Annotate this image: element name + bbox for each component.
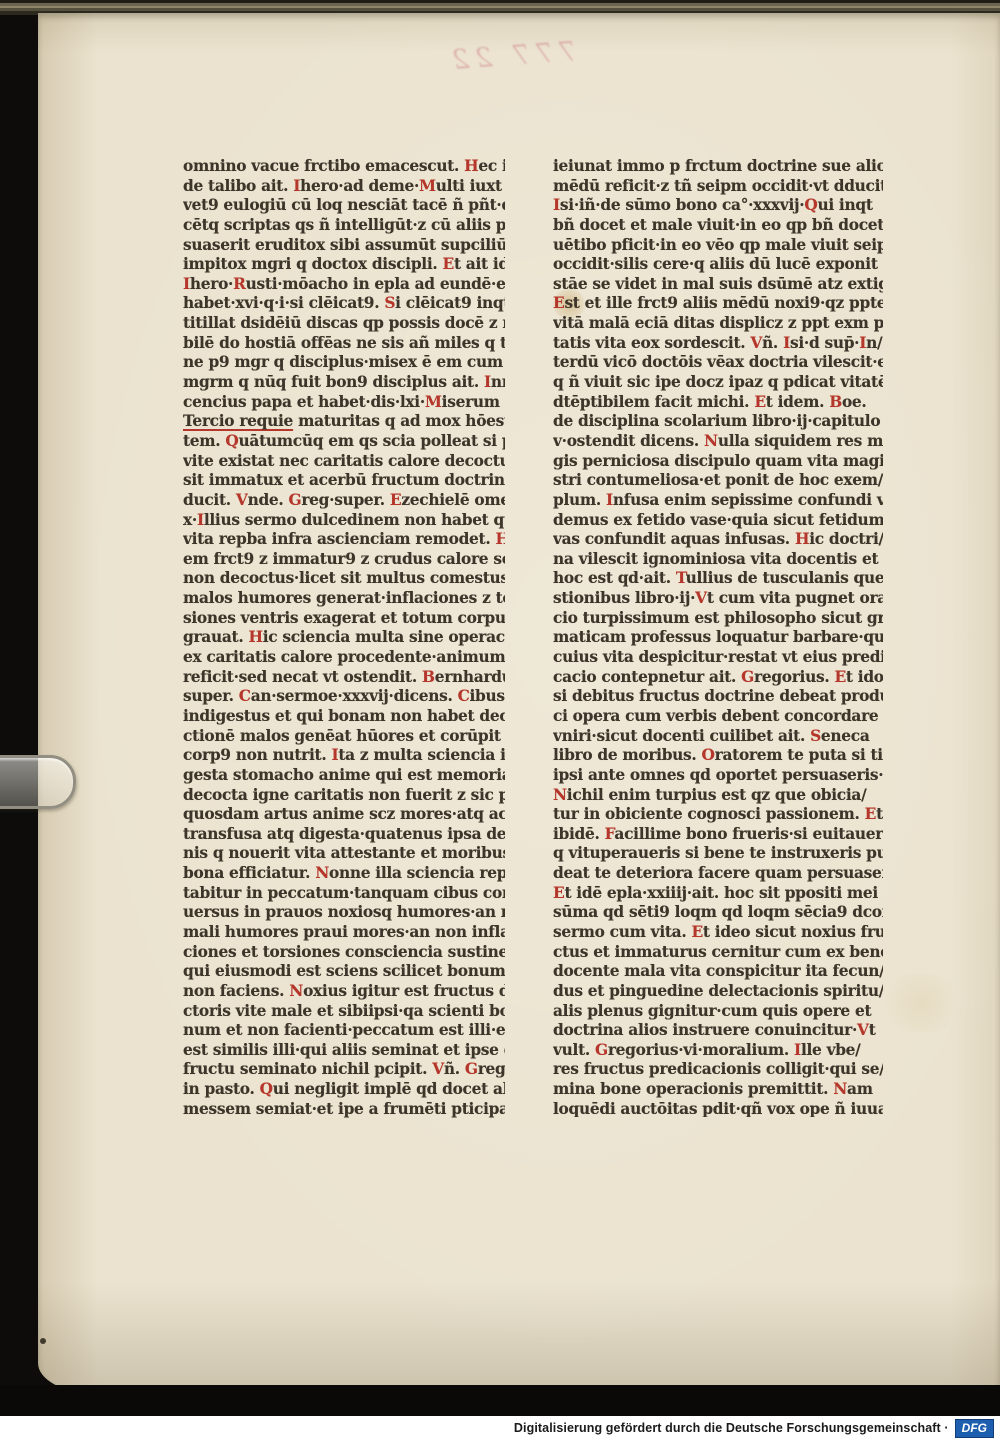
text-line: habet·xvi·q·i·si clēicat9. Si clēicat9 i…: [183, 294, 505, 314]
text-line: bona efficiatur. Nonne illa sciencia rep…: [183, 864, 505, 884]
text-line: non decoctus·licet sit multus comestus: [183, 569, 505, 589]
text-line: grauat. Hic sciencia multa sine operaciō…: [183, 628, 505, 648]
text-line: transfusa atq digesta·quatenus ipsa de b…: [183, 825, 505, 845]
text-line: stri contumeliosa·et ponit de hoc exem/: [553, 471, 883, 491]
text-line: cētq scriptas qs ñ intelligūt·z cū aliis…: [183, 216, 505, 236]
text-line: tur in obiciente cognosci passionem. Et: [553, 805, 883, 825]
text-line: ctus et immaturus cernitur cum ex bene: [553, 943, 883, 963]
text-line: tabitur in peccatum·tanquam cibus con/: [183, 884, 505, 904]
text-line: hoc est qd·ait. Tullius de tusculanis qu…: [553, 569, 883, 589]
text-line: Tercio requie maturitas q ad mox hōesta/…: [183, 412, 505, 432]
text-line: dtēptibilem facit michi. Et idem. Boe.: [553, 393, 883, 413]
text-line: gesta stomacho anime qui est memoria·si: [183, 766, 505, 786]
text-line: quosdam artus anime scz mores·atq actus: [183, 805, 505, 825]
text-line: na vilescit ignominiosa vita docentis et: [553, 550, 883, 570]
text-line: mali humores praui mores·an non infla/: [183, 923, 505, 943]
text-line: dus et pinguedine delectacionis spiritu/: [553, 982, 883, 1002]
text-line: Et idē epla·xxiiij·ait. hoc sit ppositi …: [553, 884, 883, 904]
text-line: gis perniciosa discipulo quam vita magi/: [553, 452, 883, 472]
text-line: Isi·iñ·de sūmo bono ca°·xxxvij·Qui inqt: [553, 196, 883, 216]
text-line: vitā malā eciā ditas displicz z ppt exm …: [553, 314, 883, 334]
text-line: omnino vacue frctibo emacescut. Hec ibi: [183, 157, 505, 177]
text-line: ciones et torsiones consciencia sustineb…: [183, 943, 505, 963]
text-line: mgrm q nūq fuit bon9 disciplus ait. Inno: [183, 373, 505, 393]
text-line: est similis illi·qui aliis seminat et ip…: [183, 1041, 505, 1061]
text-line: ctoris vite male et sibiipsi·qa scienti …: [183, 1002, 505, 1022]
text-column-left: omnino vacue frctibo emacescut. Hec ibid…: [183, 157, 505, 1127]
text-line: Ihero·Rusti·mōacho in epla ad eundē·et: [183, 275, 505, 295]
text-line: cuius vita despicitur·restat vt eius pre…: [553, 648, 883, 668]
text-line: cio turpissimum est philosopho sicut gra: [553, 609, 883, 629]
text-line: docente mala vita conspicitur ita fecun/: [553, 962, 883, 982]
text-line: sermo cum vita. Et ideo sicut noxius fru…: [553, 923, 883, 943]
text-line: in pasto. Qui negligit implē qd docet al…: [183, 1080, 505, 1100]
text-line: stāe se videt in mal suis dsūmē atz exti…: [553, 275, 883, 295]
text-line: doctrina alios instruere conuincitur·Vt: [553, 1021, 883, 1041]
paper-stain: [876, 973, 966, 1033]
text-line: vult. Gregorius·vi·moralium. Ille vbe/: [553, 1041, 883, 1061]
text-line: vite existat nec caritatis calore decoct…: [183, 452, 505, 472]
text-line: mina bone operacionis premittit. Nam: [553, 1080, 883, 1100]
text-line: uersus in prauos noxiosq humores·an non: [183, 903, 505, 923]
text-line: vita repba infra ascienciam remodet. Hic: [183, 530, 505, 550]
text-line: decocta igne caritatis non fuerit z sic …: [183, 786, 505, 806]
text-line: libro de moribus. Oratorem te puta si ti…: [553, 746, 883, 766]
text-line: corp9 non nutrit. Ita z multa sciencia i…: [183, 746, 505, 766]
text-line: occidit·silis cere·q aliis dū lucē expon…: [553, 255, 883, 275]
text-line: plum. Infusa enim sepissime confundi vi/: [553, 491, 883, 511]
text-line: super. Can·sermoe·xxxvij·dicens. Cibus: [183, 687, 505, 707]
text-line: ipsi ante omnes qd oportet persuaseris·: [553, 766, 883, 786]
book-fore-edge: [0, 12, 40, 1394]
text-line: messem semiat·et ipe a frumēti pticipacō…: [183, 1100, 505, 1120]
text-line: deat te deteriora facere quam persuaseri…: [553, 864, 883, 884]
text-line: x·Illius sermo dulcedinem non habet quē: [183, 511, 505, 531]
dfg-logo: DFG: [955, 1419, 994, 1438]
text-line: v·ostendit dicens. Nulla siquidem res ma: [553, 432, 883, 452]
text-line: bilē do hostiā offēas ne sis añ miles q …: [183, 334, 505, 354]
text-line: titillat dsidēiū discas qp possis docē z…: [183, 314, 505, 334]
text-line: bñ docet et male viuit·in eo qp bñ docet…: [553, 216, 883, 236]
text-line: siones ventris exagerat et totum corpus: [183, 609, 505, 629]
text-line: ne p9 mgr q disciplus·misex ē em cum ess…: [183, 353, 505, 373]
text-line: stionibus libro·ij·Vt cum vita pugnet or…: [553, 589, 883, 609]
text-line: demus ex fetido vase·quia sicut fetidum: [553, 511, 883, 531]
text-line: non faciens. Noxius igitur est fructus d…: [183, 982, 505, 1002]
text-line: ci opera cum verbis debent concordare et: [553, 707, 883, 727]
text-line: de talibo ait. Ihero·ad deme·Multi iuxt: [183, 177, 505, 197]
text-line: terdū vicō doctōis vēax doctria vilescit…: [553, 353, 883, 373]
text-line: impitox mgri q doctox discipli. Et ait i…: [183, 255, 505, 275]
handwritten-foliation-mark: 777 22: [445, 36, 577, 76]
text-line: vas confundit aquas infusas. Hic doctri/: [553, 530, 883, 550]
text-line: num et non facienti·peccatum est illi·et: [183, 1021, 505, 1041]
text-line: ducit. Vnde. Greg·super. Ezechielē ome·: [183, 491, 505, 511]
text-line: Est et ille frct9 aliis mēdū noxi9·qz pp…: [553, 294, 883, 314]
text-line: si debitus fructus doctrine debeat produ: [553, 687, 883, 707]
text-line: ieiunat immo p frctum doctrine sue alios: [553, 157, 883, 177]
text-line: indigestus et qui bonam non habet deco/: [183, 707, 505, 727]
text-column-right: ieiunat immo p frctum doctrine sue alios…: [553, 157, 883, 1117]
scanned-book-photo: 777 22 omnino vacue frctibo emacescut. H…: [0, 0, 1000, 1440]
credit-text: Digitalisierung gefördert durch die Deut…: [514, 1421, 949, 1435]
text-line: ibidē. Facillime bono frueris·si euitaue…: [553, 825, 883, 845]
text-line: nis q nouerit vita attestante et moribus: [183, 844, 505, 864]
text-line: ex caritatis calore procedente·animum ñ: [183, 648, 505, 668]
text-line: de disciplina scolarium libro·ij·capitul…: [553, 412, 883, 432]
text-line: sūma qd sēti9 loqm qd loqm sēcia9 dcorde…: [553, 903, 883, 923]
text-line: qui eiusmodi est sciens scilicet bonum e…: [183, 962, 505, 982]
text-line: loquēdi auctōitas pdit·qñ vox ope ñ iuua…: [553, 1100, 883, 1117]
text-line: reficit·sed necat vt ostendit. Bernhardu…: [183, 668, 505, 688]
scan-background: [0, 1385, 1000, 1416]
text-line: tem. Quātumcūq em qs scia polleat si pue: [183, 432, 505, 452]
text-line: cacio contepnetur ait. Gregorius. Et ido: [553, 668, 883, 688]
page-clip: [0, 755, 76, 809]
text-line: Nichil enim turpius est qz que obicia/: [553, 786, 883, 806]
text-line: res fructus predicacionis colligit·qui s…: [553, 1060, 883, 1080]
text-line: suaserit eruditox sibi assumūt supciliū …: [183, 236, 505, 256]
text-line: mēdū reficit·z tñ seipm occidit·vt dduci…: [553, 177, 883, 197]
text-line: fructu seminato nichil pcipit. Vñ. Greg.: [183, 1060, 505, 1080]
text-line: q ñ viuit sic ipe docz ipaz q pdicat vit…: [553, 373, 883, 393]
text-line: q vituperaueris si bene te instruxeris p…: [553, 844, 883, 864]
text-line: maticam professus loquatur barbare·quia: [553, 628, 883, 648]
text-line: sit immatux et acerbū fructum doctrine p: [183, 471, 505, 491]
text-line: vet9 eulogiū cū loq nesciāt tacē ñ pñt·d…: [183, 196, 505, 216]
text-line: em frct9 z immatur9 z crudus calore soli…: [183, 550, 505, 570]
text-line: cencius papa et habet·dis·lxi·Miserum ¶: [183, 393, 505, 413]
text-line: tatis vita eox sordescit. Vñ. Isi·d sup̄…: [553, 334, 883, 354]
text-line: malos humores generat·inflaciones z tor: [183, 589, 505, 609]
text-line: alis plenus gignitur·cum quis opere et: [553, 1002, 883, 1022]
digitization-credit-bar: Digitalisierung gefördert durch die Deut…: [0, 1416, 1000, 1440]
text-line: vniri·sicut docenti cuilibet ait. Seneca: [553, 727, 883, 747]
text-line: uētibo pficit·in eo vēo qp male viuit se…: [553, 236, 883, 256]
text-line: ctionē malos genēat hūores et corūpit z: [183, 727, 505, 747]
